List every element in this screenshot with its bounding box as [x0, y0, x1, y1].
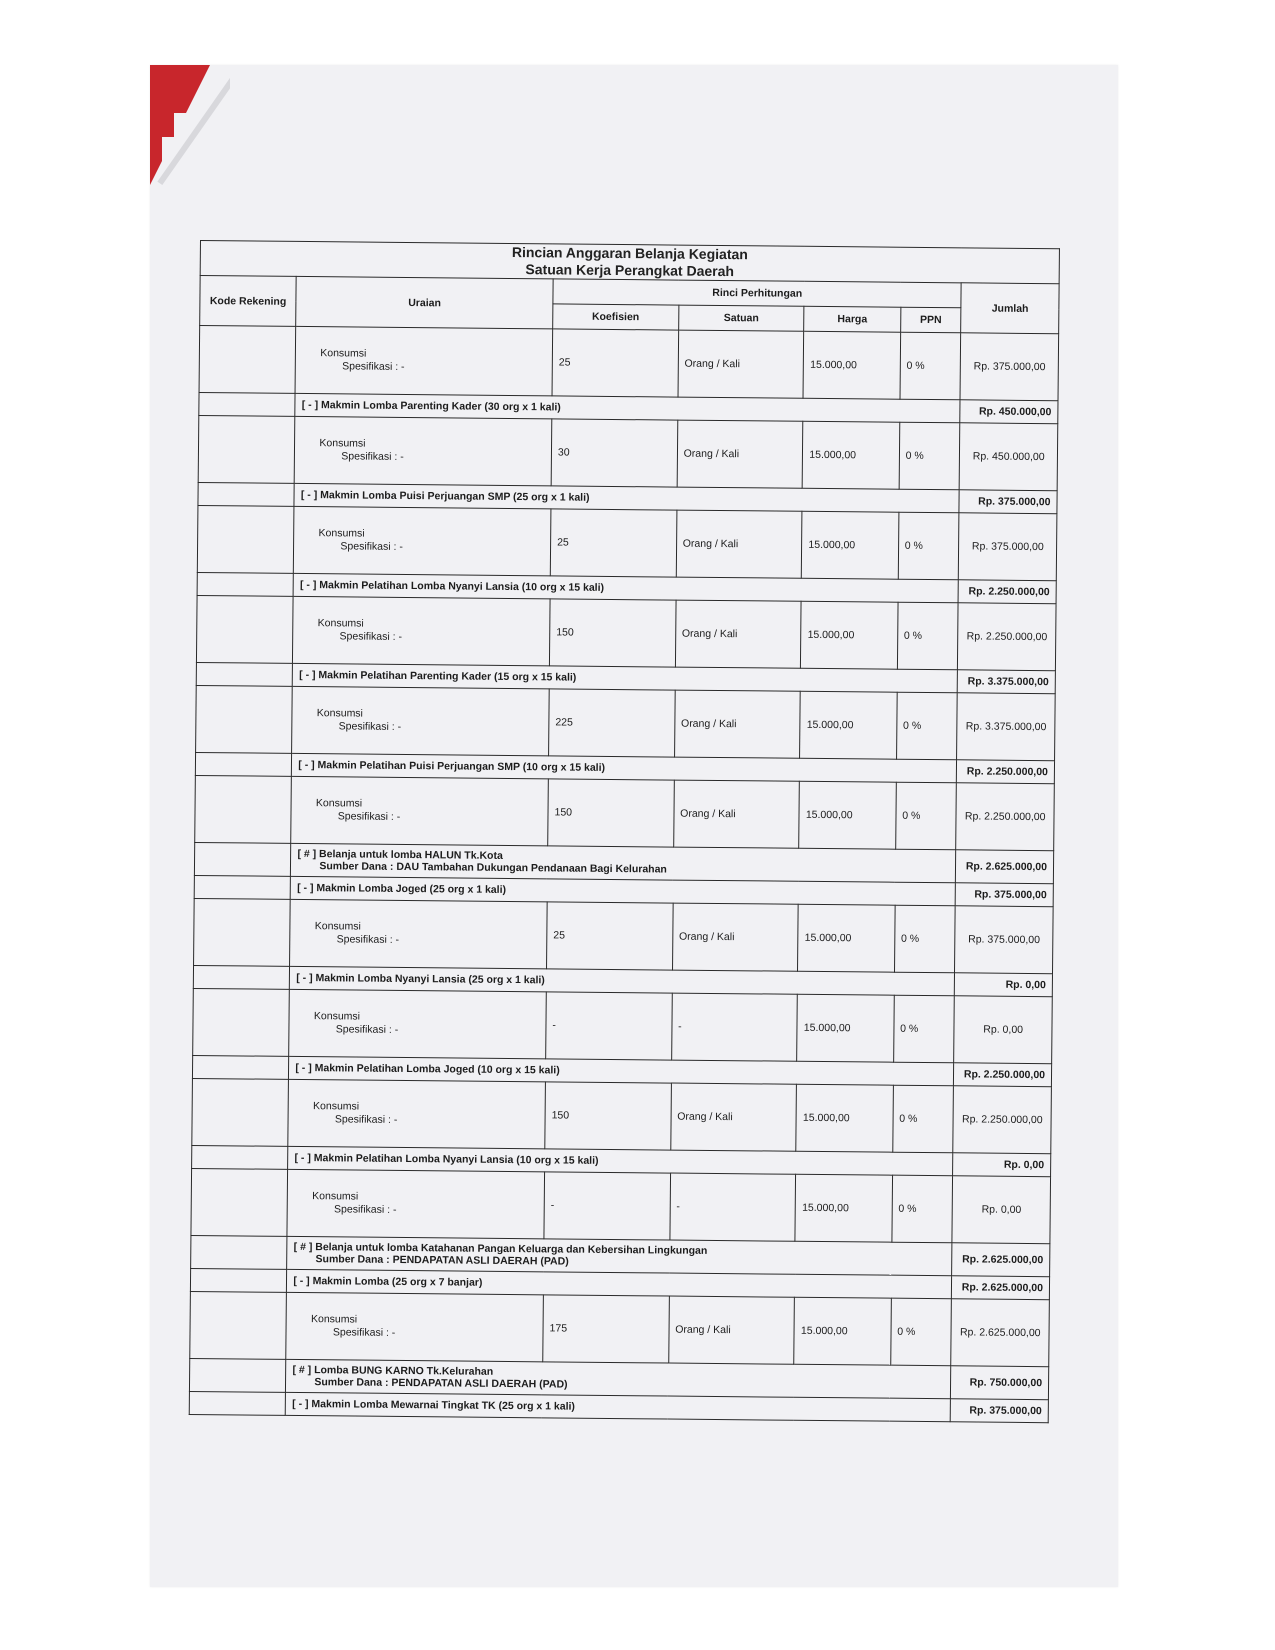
cell-ppn: 0 % — [890, 1298, 951, 1366]
cell-ppn: 0 % — [898, 512, 959, 580]
item-label: Konsumsi — [313, 1100, 359, 1112]
cell-kode-rekening — [192, 1145, 289, 1169]
cell-ppn: 0 % — [892, 1175, 953, 1243]
cell-uraian: Konsumsi Spesifikasi : - — [289, 989, 546, 1058]
group-total: Rp. 375.000,00 — [959, 490, 1057, 514]
group-total: Rp. 2.625.000,00 — [952, 1276, 1050, 1300]
cell-jumlah: Rp. 3.375.000,00 — [957, 693, 1055, 761]
cell-kode-rekening — [198, 482, 295, 506]
item-label: Konsumsi — [317, 707, 363, 719]
item-label: Konsumsi — [320, 347, 366, 359]
budget-document: Rincian Anggaran Belanja Kegiatan Satuan… — [189, 240, 1060, 1423]
item-label: Konsumsi — [315, 920, 361, 932]
group-total: Rp. 375.000,00 — [951, 1399, 1049, 1423]
cell-kode-rekening — [195, 775, 292, 843]
item-specification: Spesifikasi : - — [314, 1023, 540, 1038]
table-row-item: Konsumsi Spesifikasi : - 30 Orang / Kali… — [198, 415, 1058, 490]
group-total: Rp. 450.000,00 — [960, 400, 1058, 424]
cell-koefisien: 175 — [543, 1295, 669, 1363]
cell-harga: 15.000,00 — [794, 1297, 891, 1365]
group-total: Rp. 0,00 — [955, 973, 1053, 997]
table-row-item: Konsumsi Spesifikasi : - - - 15.000,00 0… — [193, 988, 1053, 1063]
funding-total: Rp. 750.000,00 — [951, 1366, 1049, 1400]
cell-jumlah: Rp. 375.000,00 — [960, 333, 1058, 401]
item-specification: Spesifikasi : - — [319, 450, 545, 465]
cell-ppn: 0 % — [899, 422, 960, 490]
item-label: Konsumsi — [319, 437, 365, 449]
cell-ppn: 0 % — [897, 602, 958, 670]
cell-uraian: Konsumsi Spesifikasi : - — [286, 1292, 543, 1361]
cell-jumlah: Rp. 375.000,00 — [959, 513, 1057, 581]
cell-kode-rekening — [194, 898, 291, 966]
cell-jumlah: Rp. 2.250.000,00 — [956, 783, 1054, 851]
cell-koefisien: 25 — [547, 902, 673, 970]
cell-harga: 15.000,00 — [803, 331, 900, 399]
table-row-item: Konsumsi Spesifikasi : - - - 15.000,00 0… — [191, 1168, 1051, 1243]
budget-table: Rincian Anggaran Belanja Kegiatan Satuan… — [189, 240, 1060, 1423]
cell-uraian: Konsumsi Spesifikasi : - — [295, 416, 552, 485]
cell-ppn: 0 % — [896, 692, 957, 760]
cell-jumlah: Rp. 2.250.000,00 — [958, 603, 1056, 671]
cell-kode-rekening — [199, 326, 296, 394]
cell-satuan: Orang / Kali — [676, 510, 802, 578]
table-row-item: Konsumsi Spesifikasi : - 175 Orang / Kal… — [190, 1291, 1050, 1366]
cell-kode-rekening — [194, 875, 291, 899]
cell-harga: 15.000,00 — [798, 904, 895, 972]
cell-uraian: Konsumsi Spesifikasi : - — [294, 506, 551, 575]
cell-kode-rekening — [193, 965, 290, 989]
cell-kode-rekening — [197, 572, 294, 596]
cell-kode-rekening — [192, 1055, 289, 1079]
header-harga: Harga — [804, 306, 901, 332]
funding-total: Rp. 2.625.000,00 — [956, 850, 1054, 884]
cell-koefisien: 150 — [548, 779, 674, 847]
cell-satuan: Orang / Kali — [670, 1083, 796, 1151]
item-label: Konsumsi — [316, 797, 362, 809]
item-specification: Spesifikasi : - — [316, 810, 542, 825]
group-total: Rp. 0,00 — [953, 1153, 1051, 1177]
cell-harga: 15.000,00 — [803, 421, 900, 489]
table-row-item: Konsumsi Spesifikasi : - 25 Orang / Kali… — [194, 898, 1054, 973]
table-row-item: Konsumsi Spesifikasi : - 25 Orang / Kali… — [197, 505, 1057, 580]
cell-uraian: Konsumsi Spesifikasi : - — [292, 686, 549, 755]
item-label: Konsumsi — [318, 617, 364, 629]
cell-uraian: Konsumsi Spesifikasi : - — [287, 1169, 544, 1238]
cell-kode-rekening — [196, 662, 293, 686]
cell-uraian: Konsumsi Spesifikasi : - — [290, 899, 547, 968]
cell-kode-rekening — [190, 1291, 287, 1359]
cell-uraian: Konsumsi Spesifikasi : - — [288, 1079, 545, 1148]
cell-jumlah: Rp. 2.625.000,00 — [951, 1299, 1049, 1367]
cell-uraian: Konsumsi Spesifikasi : - — [295, 326, 552, 395]
cell-kode-rekening — [193, 988, 290, 1056]
table-row-item: Konsumsi Spesifikasi : - 25 Orang / Kali… — [199, 326, 1059, 401]
cell-satuan: Orang / Kali — [678, 330, 804, 398]
item-specification: Spesifikasi : - — [318, 540, 544, 555]
group-total: Rp. 2.250.000,00 — [954, 1063, 1052, 1087]
header-satuan: Satuan — [678, 305, 804, 331]
cell-kode-rekening — [192, 1078, 289, 1146]
table-row-item: Konsumsi Spesifikasi : - 225 Orang / Kal… — [196, 685, 1056, 760]
table-row-item: Konsumsi Spesifikasi : - 150 Orang / Kal… — [192, 1078, 1052, 1153]
cell-kode-rekening — [189, 1391, 286, 1415]
group-total: Rp. 2.250.000,00 — [957, 760, 1055, 784]
cell-kode-rekening — [196, 685, 293, 753]
header-ppn: PPN — [900, 307, 961, 333]
cell-satuan: Orang / Kali — [677, 420, 803, 488]
item-label: Konsumsi — [312, 1190, 358, 1202]
cell-kode-rekening — [189, 1358, 286, 1392]
cell-kode-rekening — [191, 1168, 288, 1236]
item-specification: Spesifikasi : - — [315, 933, 541, 948]
cell-harga: 15.000,00 — [796, 1084, 893, 1152]
header-kode-rekening: Kode Rekening — [200, 276, 297, 327]
item-specification: Spesifikasi : - — [317, 720, 543, 735]
item-specification: Spesifikasi : - — [313, 1113, 539, 1128]
cell-jumlah: Rp. 0,00 — [954, 996, 1052, 1064]
cell-kode-rekening — [197, 505, 294, 573]
cell-kode-rekening — [190, 1268, 287, 1292]
cell-harga: 15.000,00 — [802, 511, 899, 579]
cell-satuan: - — [671, 993, 797, 1061]
cell-koefisien: - — [544, 1172, 670, 1240]
cell-satuan: - — [670, 1173, 796, 1241]
funding-source: Sumber Dana : DAU Tambahan Dukungan Pend… — [297, 860, 949, 878]
cell-koefisien: 225 — [549, 689, 675, 757]
cell-ppn: 0 % — [895, 782, 956, 850]
cell-harga: 15.000,00 — [800, 691, 897, 759]
cell-ppn: 0 % — [892, 1085, 953, 1153]
group-total: Rp. 375.000,00 — [956, 883, 1054, 907]
budget-rows: Konsumsi Spesifikasi : - 25 Orang / Kali… — [189, 326, 1058, 1423]
funding-total: Rp. 2.625.000,00 — [952, 1243, 1050, 1277]
item-specification: Spesifikasi : - — [320, 360, 546, 375]
cell-satuan: Orang / Kali — [672, 903, 798, 971]
cell-jumlah: Rp. 450.000,00 — [960, 423, 1058, 491]
folder-corner-decoration — [150, 65, 230, 195]
cell-kode-rekening — [191, 1235, 288, 1269]
cell-kode-rekening — [199, 392, 296, 416]
item-specification: Spesifikasi : - — [311, 1326, 537, 1341]
cell-jumlah: Rp. 375.000,00 — [955, 906, 1053, 974]
item-label: Konsumsi — [311, 1313, 357, 1325]
cell-koefisien: 150 — [549, 599, 675, 667]
item-specification: Spesifikasi : - — [312, 1203, 538, 1218]
header-koefisien: Koefisien — [553, 304, 679, 330]
cell-kode-rekening — [195, 752, 292, 776]
cell-jumlah: Rp. 2.250.000,00 — [953, 1086, 1051, 1154]
cell-kode-rekening — [196, 595, 293, 663]
cell-harga: 15.000,00 — [795, 1174, 892, 1242]
cell-koefisien: 150 — [545, 1082, 671, 1150]
cell-kode-rekening — [198, 415, 295, 483]
cell-satuan: Orang / Kali — [668, 1296, 794, 1364]
cell-ppn: 0 % — [900, 332, 961, 400]
cell-uraian: Konsumsi Spesifikasi : - — [293, 596, 550, 665]
cell-koefisien: 25 — [552, 329, 678, 397]
cell-satuan: Orang / Kali — [674, 690, 800, 758]
funding-source: Sumber Dana : PENDAPATAN ASLI DAERAH (PA… — [292, 1376, 944, 1394]
group-total: Rp. 3.375.000,00 — [958, 670, 1056, 694]
cell-koefisien: 30 — [551, 419, 677, 487]
header-rinci-perhitungan: Rinci Perhitungan — [553, 279, 962, 308]
header-jumlah: Jumlah — [961, 283, 1059, 334]
cell-harga: 15.000,00 — [799, 781, 896, 849]
table-row-item: Konsumsi Spesifikasi : - 150 Orang / Kal… — [196, 595, 1056, 670]
cell-ppn: 0 % — [893, 995, 954, 1063]
header-uraian: Uraian — [296, 276, 553, 328]
item-label: Konsumsi — [314, 1010, 360, 1022]
cell-harga: 15.000,00 — [797, 994, 894, 1062]
cell-koefisien: - — [546, 992, 672, 1060]
cell-satuan: Orang / Kali — [673, 780, 799, 848]
cell-uraian: Konsumsi Spesifikasi : - — [291, 776, 548, 845]
cell-satuan: Orang / Kali — [675, 600, 801, 668]
cell-jumlah: Rp. 0,00 — [952, 1176, 1050, 1244]
cell-koefisien: 25 — [550, 509, 676, 577]
group-total: Rp. 2.250.000,00 — [959, 580, 1057, 604]
table-row-item: Konsumsi Spesifikasi : - 150 Orang / Kal… — [195, 775, 1055, 850]
cell-kode-rekening — [194, 842, 291, 876]
item-specification: Spesifikasi : - — [317, 630, 543, 645]
item-label: Konsumsi — [318, 527, 364, 539]
cell-ppn: 0 % — [894, 905, 955, 973]
cell-harga: 15.000,00 — [801, 601, 898, 669]
